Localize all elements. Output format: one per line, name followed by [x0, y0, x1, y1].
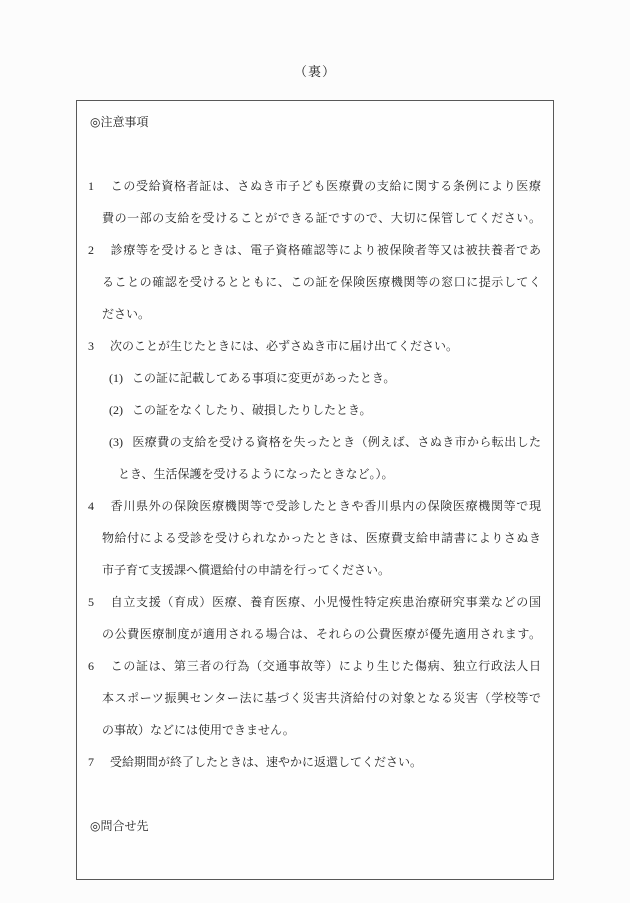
item-text: この証は、第三者の行為（交通事故等）により生じた傷病、独立行政法人日	[110, 659, 541, 673]
item-line: 3次のことが生じたときには、必ずさぬき市に届け出てください。	[77, 330, 553, 362]
notice-item-2: 2診療等を受けるときは、電子資格確認等により被保険者等又は被扶養者であ ることの…	[77, 234, 553, 330]
item-number: 4	[88, 490, 110, 522]
document-page: （裏） ◎注意事項 1この受給資格者証は、さぬき市子ども医療費の支給に関する条例…	[0, 0, 630, 903]
subitem-number: (1)	[109, 362, 132, 394]
notice-item-5: 5自立支援（育成）医療、養育医療、小児慢性特定疾患治療研究事業などの国 の公費医…	[77, 586, 553, 650]
item-text: 自立支援（育成）医療、養育医療、小児慢性特定疾患治療研究事業などの国	[110, 595, 541, 609]
item-line: 1この受給資格者証は、さぬき市子ども医療費の支給に関する条例により医療	[77, 170, 553, 202]
contact-heading: ◎問合せ先	[77, 810, 553, 842]
item-line: ださい。	[77, 298, 553, 330]
subitem-text: この証に記載してある事項に変更があったとき。	[132, 371, 395, 385]
subitem-line: とき、生活保護を受けるようになったときなど。）。	[77, 458, 553, 490]
item-line: ることの確認を受けるとともに、この証を保険医療機関等の窓口に提示してく	[77, 266, 553, 298]
item-line: 6この証は、第三者の行為（交通事故等）により生じた傷病、独立行政法人日	[77, 650, 553, 682]
subitem-text: 医療費の支給を受ける資格を失ったとき（例えば、さぬき市から転出した	[132, 435, 541, 449]
notice-heading: ◎注意事項	[77, 106, 553, 138]
item-number: 2	[88, 234, 110, 266]
item-line: の事故）などには使用できません。	[77, 714, 553, 746]
notice-item-4: 4香川県外の保険医療機関等で受診したときや香川県内の保険医療機関等で現 物給付に…	[77, 490, 553, 586]
notice-item-1: 1この受給資格者証は、さぬき市子ども医療費の支給に関する条例により医療 費の一部…	[77, 170, 553, 234]
subitem-text: この証をなくしたり、破損したりしたとき。	[132, 403, 372, 417]
item-line: 7受給期間が終了したときは、速やかに返還してください。	[77, 746, 553, 778]
notice-box: ◎注意事項 1この受給資格者証は、さぬき市子ども医療費の支給に関する条例により医…	[76, 100, 554, 880]
subitem-number: (3)	[109, 426, 132, 458]
subitem-number: (2)	[109, 394, 132, 426]
item-number: 6	[88, 650, 110, 682]
page-side-label: （裏）	[0, 62, 630, 82]
item-line: 費の一部の支給を受けることができる証ですので、大切に保管してください。	[77, 202, 553, 234]
item-line: の公費医療制度が適用される場合は、それらの公費医療が優先適用されます。	[77, 618, 553, 650]
subitem-line: (1)この証に記載してある事項に変更があったとき。	[77, 362, 553, 394]
item-text: 診療等を受けるときは、電子資格確認等により被保険者等又は被扶養者であ	[110, 243, 541, 257]
item-text: 香川県外の保険医療機関等で受診したときや香川県内の保険医療機関等で現	[110, 499, 541, 513]
item-number: 5	[88, 586, 110, 618]
item-number: 7	[88, 746, 110, 778]
item-line: 本スポーツ振興センター法に基づく災害共済給付の対象となる災害（学校等で	[77, 682, 553, 714]
subitem-line: (3)医療費の支給を受ける資格を失ったとき（例えば、さぬき市から転出した	[77, 426, 553, 458]
item-line: 2診療等を受けるときは、電子資格確認等により被保険者等又は被扶養者であ	[77, 234, 553, 266]
item-text: この受給資格者証は、さぬき市子ども医療費の支給に関する条例により医療	[110, 179, 541, 193]
notice-item-7: 7受給期間が終了したときは、速やかに返還してください。	[77, 746, 553, 778]
item-line: 5自立支援（育成）医療、養育医療、小児慢性特定疾患治療研究事業などの国	[77, 586, 553, 618]
item-line: 市子育て支援課へ償還給付の申請を行ってください。	[77, 554, 553, 586]
notice-item-6: 6この証は、第三者の行為（交通事故等）により生じた傷病、独立行政法人日 本スポー…	[77, 650, 553, 746]
subitem-line: (2)この証をなくしたり、破損したりしたとき。	[77, 394, 553, 426]
item-line: 物給付による受診を受けられなかったときは、医療費支給申請書によりさぬき	[77, 522, 553, 554]
item-text: 次のことが生じたときには、必ずさぬき市に届け出てください。	[110, 339, 458, 353]
item-line: 4香川県外の保険医療機関等で受診したときや香川県内の保険医療機関等で現	[77, 490, 553, 522]
item-number: 1	[88, 170, 110, 202]
item-text: 受給期間が終了したときは、速やかに返還してください。	[110, 755, 422, 769]
notice-item-3: 3次のことが生じたときには、必ずさぬき市に届け出てください。 (1)この証に記載…	[77, 330, 553, 490]
item-number: 3	[88, 330, 110, 362]
